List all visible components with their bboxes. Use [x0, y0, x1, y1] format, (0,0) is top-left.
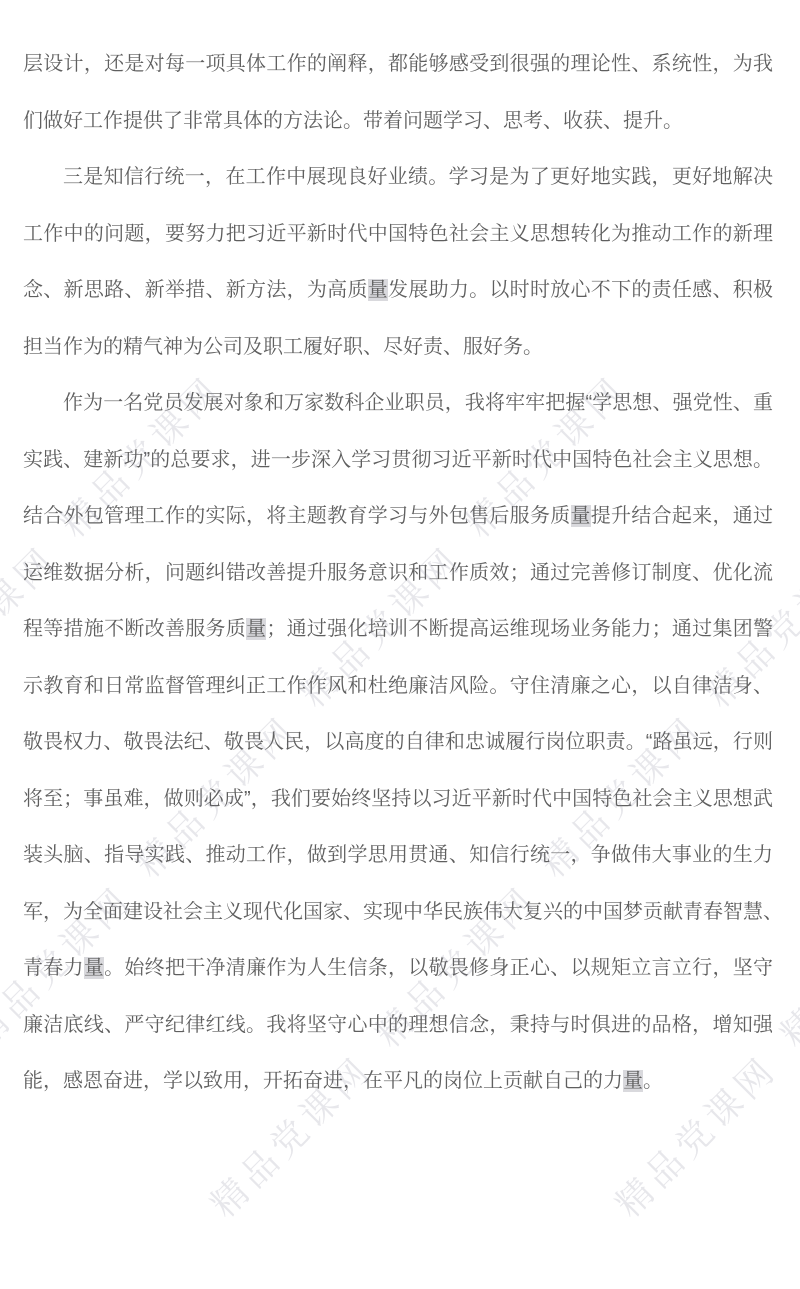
text-line: 示教育和日常监督管理纠正工作作风和杜绝廉洁风险。守住清廉之心，以自律洁身、: [23, 658, 773, 715]
text-line: 作为一名党员发展对象和万家数科企业职员，我将牢牢把握“学思想、强党性、重: [23, 375, 773, 432]
text-line: 结合外包管理工作的实际，将主题教育学习与外包售后服务质量提升结合起来，通过: [23, 488, 773, 545]
text-line: 念、新思路、新举措、新方法，为高质量发展助力。以时时放心不下的责任感、积极: [23, 262, 773, 319]
text-line: 工作中的问题，要努力把习近平新时代中国特色社会主义思想转化为推动工作的新理: [23, 206, 773, 263]
document-body: 层设计，还是对每一项具体工作的阐释，都能够感受到很强的理论性、系统性，为我们做好…: [0, 0, 800, 1110]
paragraph: 三是知信行统一，在工作中展现良好业绩。学习是为了更好地实践，更好地解决工作中的问…: [23, 149, 773, 375]
text-line: 装头脑、指导实践、推动工作，做到学思用贯通、知信行统一，争做伟大事业的生力: [23, 827, 773, 884]
highlighted-char: 量: [246, 618, 266, 640]
text-line: 们做好工作提供了非常具体的方法论。带着问题学习、思考、收获、提升。: [23, 93, 773, 150]
text-line: 能，感恩奋进，学以致用，开拓奋进，在平凡的岗位上贡献自己的力量。: [23, 1053, 773, 1110]
text-line: 三是知信行统一，在工作中展现良好业绩。学习是为了更好地实践，更好地解决: [23, 149, 773, 206]
paragraph: 作为一名党员发展对象和万家数科企业职员，我将牢牢把握“学思想、强党性、重实践、建…: [23, 375, 773, 1110]
text-line: 将至；事虽难，做则必成”，我们要始终坚持以习近平新时代中国特色社会主义思想武: [23, 771, 773, 828]
text-line: 实践、建新功”的总要求，进一步深入学习贯彻习近平新时代中国特色社会主义思想。: [23, 432, 773, 489]
text-line: 军，为全面建设社会主义现代化国家、实现中华民族伟大复兴的中国梦贡献青春智慧、: [23, 884, 773, 941]
text-line: 廉洁底线、严守纪律红线。我将坚守心中的理想信念，秉持与时俱进的品格，增知强: [23, 997, 773, 1054]
text-line: 程等措施不断改善服务质量；通过强化培训不断提高运维现场业务能力；通过集团警: [23, 601, 773, 658]
text-line: 敬畏权力、敬畏法纪、敬畏人民，以高度的自律和忠诚履行岗位职责。“路虽远，行则: [23, 714, 773, 771]
highlighted-char: 量: [571, 505, 591, 527]
highlighted-char: 量: [623, 1070, 643, 1092]
text-line: 层设计，还是对每一项具体工作的阐释，都能够感受到很强的理论性、系统性，为我: [23, 36, 773, 93]
text-line: 青春力量。始终把干净清廉作为人生信条，以敬畏修身正心、以规矩立言立行，坚守: [23, 940, 773, 997]
text-line: 担当作为的精气神为公司及职工履好职、尽好责、服好务。: [23, 319, 773, 376]
highlighted-char: 量: [84, 957, 104, 979]
paragraph: 层设计，还是对每一项具体工作的阐释，都能够感受到很强的理论性、系统性，为我们做好…: [23, 36, 773, 149]
text-line: 运维数据分析，问题纠错改善提升服务意识和工作质效；通过完善修订制度、优化流: [23, 545, 773, 602]
page-root: 层设计，还是对每一项具体工作的阐释，都能够感受到很强的理论性、系统性，为我们做好…: [0, 0, 800, 1289]
highlighted-char: 量: [368, 279, 388, 301]
